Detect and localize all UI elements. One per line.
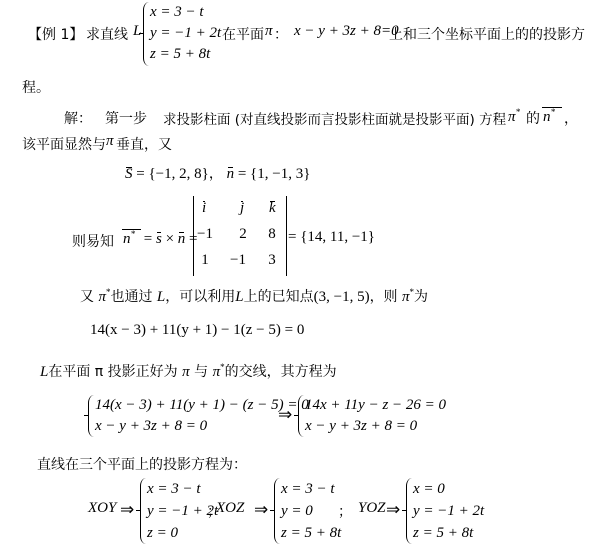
de-char: 的 [526,108,540,128]
example-continuation: 程。 [22,77,50,97]
equation-row: x − y + 3z + 8 = 0 [95,416,309,437]
separator: ， [209,166,223,182]
text: ，则 [370,289,398,305]
pi-symbol: π [213,364,221,380]
projection-plane-xoz: XOZ [216,500,244,517]
plane-equation: x − y + 3z + 8=0 [294,23,399,40]
matrix-k: k [269,200,276,217]
line2-text-b: 垂直，又 [116,134,172,154]
text: 为 [414,289,428,305]
separator: ； [338,501,352,521]
pi-symbol: π [402,289,410,305]
line2-text-a: 该平面显然与 [22,134,106,154]
cross-result: = {14, 11, −1} [288,229,375,246]
projection-plane-yoz: YOZ [358,500,386,517]
projection-system-yoz: x = 0 y = −1 + 2t z = 5 + 8t [406,478,491,544]
star-mark: * [131,229,136,239]
equation-row: x − y + 3z + 8 = 0 [305,416,446,437]
matrix-cell: −1 [194,226,216,243]
known-point: (3, −1, 5) [314,289,370,305]
colon: ： [274,24,288,44]
times-sign: × [166,231,174,247]
equation-row: z = 5 + 8t [413,522,484,544]
s-vector: S [125,166,133,183]
equation-row: z = 5 + 8t [281,522,341,544]
implies-arrow: ⇒ [254,500,268,520]
matrix-cell: −1 [224,252,252,269]
intersection-line: L在平面 π 投影正好为 π 与 π*的交线，其方程为 [40,361,337,381]
n-vector: n [178,231,186,248]
solution-label: 解： [64,108,92,128]
plane-name: π [265,23,273,40]
projections-title: 直线在三个平面上的投影方程为： [37,454,247,474]
n-symbol: n [543,109,551,125]
pi-symbol: π [98,289,106,305]
pi-symbol: π [182,364,190,380]
pi-star: π* [508,107,520,126]
example-label: 【例 1】 [28,24,83,44]
n-value: = {1, −1, 3} [238,166,311,182]
line-name: L [235,289,243,305]
equation-row: x = 3 − t [281,478,341,500]
example-prefix: 求直线 [86,24,128,44]
text: 与 [194,364,208,380]
param-eq-y: y = −1 + 2t [150,23,221,44]
line2-pi: π [106,133,114,150]
pi-symbol: π [508,109,516,125]
plane-star-equation: 14(x − 3) + 11(y + 1) − 1(z − 5) = 0 [90,322,304,339]
matrix-cell: 1 [194,252,216,269]
equation-row: z = 0 [147,522,218,544]
text: 在平面 π 投影正好为 [48,364,177,380]
star-mark: * [516,107,521,117]
param-eq-z: z = 5 + 8t [150,44,221,65]
step-label: 第一步 [105,108,147,128]
example-mid-text: 在平面 [222,24,264,44]
equation-row: 14(x − 3) + 11(y + 1) − (z − 5) = 0 [95,395,309,416]
matrix-i: i [202,200,206,217]
line-name: L [133,23,141,40]
s-vector: s [156,231,162,248]
comma: ， [564,108,578,128]
text: 也通过 [110,289,152,305]
n-star-symbol: n [123,231,131,247]
equation-row: 14x + 11y − z − 26 = 0 [305,395,446,416]
text: ，可以利用 [165,289,235,305]
text: 的交线，其方程为 [225,364,337,380]
matrix-cell: 2 [229,226,257,243]
implies-arrow: ⇒ [120,500,134,520]
equation-row: y = −1 + 2t [413,500,484,522]
implies-arrow: ⇒ [386,500,400,520]
matrix-cell: 8 [258,226,286,243]
star-mark: * [551,107,556,117]
equals: = [144,231,152,247]
cross-label: 则易知 [72,231,114,251]
plane-system-right: 14x + 11y − z − 26 = 0 x − y + 3z + 8 = … [298,395,478,437]
matrix-j: j [240,200,244,217]
equation-row: x = 3 − t [147,478,218,500]
text: 又 [80,289,94,305]
line-name: L [157,289,165,305]
vectors-line: S = {−1, 2, 8}， n = {1, −1, 3} [125,163,310,183]
implies-arrow: ⇒ [278,405,292,425]
matrix-cell: 3 [258,252,286,269]
param-eq-x: x = 3 − t [150,2,221,23]
determinant: i j k −1 2 8 1 −1 3 [193,196,287,276]
n-star-vector: n* [543,107,561,126]
step-text: 求投影柱面 (对直线投影而言投影柱面就是投影平面) 方程 [163,108,506,128]
passes-line: 又 π*也通过 L，可以利用L上的已知点(3, −1, 5)，则 π*为 [80,286,428,306]
cross-lhs: n* = s × n = [123,229,198,248]
projection-plane-xoy: XOY [88,500,116,517]
equation-row: y = 0 [281,500,341,522]
example-suffix: 上和三个坐标平面上的的投影方 [389,24,585,44]
text: 上的已知点 [244,289,314,305]
line-param-system: x = 3 − t y = −1 + 2t z = 5 + 8t [143,2,223,66]
n-vector: n [227,166,235,183]
equation-row: x = 0 [413,478,484,500]
s-value: = {−1, 2, 8} [136,166,209,182]
